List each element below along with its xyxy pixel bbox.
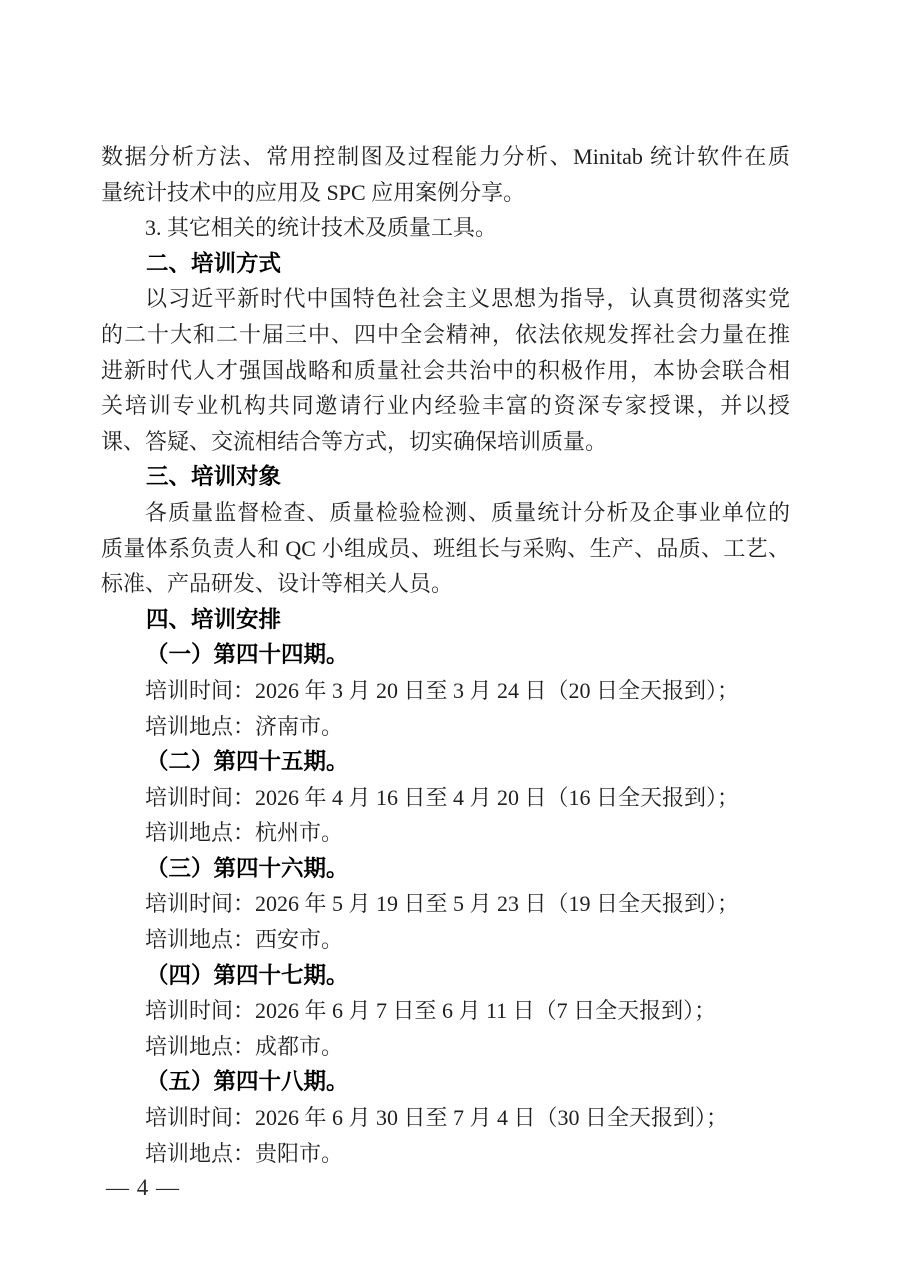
- body-line: 以习近平新时代中国特色社会主义思想为指导，认真贯彻落实党: [101, 281, 790, 317]
- session-location-48: 培训地点：贵阳市。: [101, 1136, 790, 1172]
- numbered-item-3: 3. 其它相关的统计技术及质量工具。: [101, 210, 790, 246]
- session-location-44: 培训地点：济南市。: [101, 709, 790, 745]
- session-time-48: 培训时间：2026 年 6 月 30 日至 7 月 4 日（30 日全天报到）；: [101, 1100, 790, 1136]
- section-heading-training-schedule: 四、培训安排: [101, 602, 790, 638]
- body-line: 进新时代人才强国战略和质量社会共治中的积极作用，本协会联合相: [101, 353, 790, 389]
- section-heading-training-method: 二、培训方式: [101, 246, 790, 282]
- document-page: 数据分析方法、常用控制图及过程能力分析、Minitab 统计软件在质 量统计技术…: [0, 0, 900, 1273]
- section-heading-training-audience: 三、培训对象: [101, 459, 790, 495]
- session-heading-45: （二）第四十五期。: [101, 744, 790, 780]
- session-heading-44: （一）第四十四期。: [101, 637, 790, 673]
- body-line: 各质量监督检查、质量检验检测、质量统计分析及企事业单位的: [101, 495, 790, 531]
- session-time-47: 培训时间：2026 年 6 月 7 日至 6 月 11 日（7 日全天报到）；: [101, 993, 790, 1029]
- body-line: 质量体系负责人和 QC 小组成员、班组长与采购、生产、品质、工艺、: [101, 531, 790, 567]
- body-line: 课、答疑、交流相结合等方式，切实确保培训质量。: [101, 424, 790, 460]
- session-time-46: 培训时间：2026 年 5 月 19 日至 5 月 23 日（19 日全天报到）…: [101, 886, 790, 922]
- session-location-47: 培训地点：成都市。: [101, 1029, 790, 1065]
- session-heading-46: （三）第四十六期。: [101, 851, 790, 887]
- body-line: 量统计技术中的应用及 SPC 应用案例分享。: [101, 175, 790, 211]
- session-location-45: 培训地点：杭州市。: [101, 815, 790, 851]
- session-heading-48: （五）第四十八期。: [101, 1064, 790, 1100]
- body-line: 标准、产品研发、设计等相关人员。: [101, 566, 790, 602]
- session-heading-47: （四）第四十七期。: [101, 958, 790, 994]
- body-line: 的二十大和二十届三中、四中全会精神，依法依规发挥社会力量在推: [101, 317, 790, 353]
- session-time-45: 培训时间：2026 年 4 月 16 日至 4 月 20 日（16 日全天报到）…: [101, 780, 790, 816]
- page-number: — 4 —: [106, 1174, 180, 1202]
- session-location-46: 培训地点：西安市。: [101, 922, 790, 958]
- body-line: 数据分析方法、常用控制图及过程能力分析、Minitab 统计软件在质: [101, 139, 790, 175]
- document-body: 数据分析方法、常用控制图及过程能力分析、Minitab 统计软件在质 量统计技术…: [101, 139, 790, 1171]
- body-line: 关培训专业机构共同邀请行业内经验丰富的资深专家授课，并以授: [101, 388, 790, 424]
- session-time-44: 培训时间：2026 年 3 月 20 日至 3 月 24 日（20 日全天报到）…: [101, 673, 790, 709]
